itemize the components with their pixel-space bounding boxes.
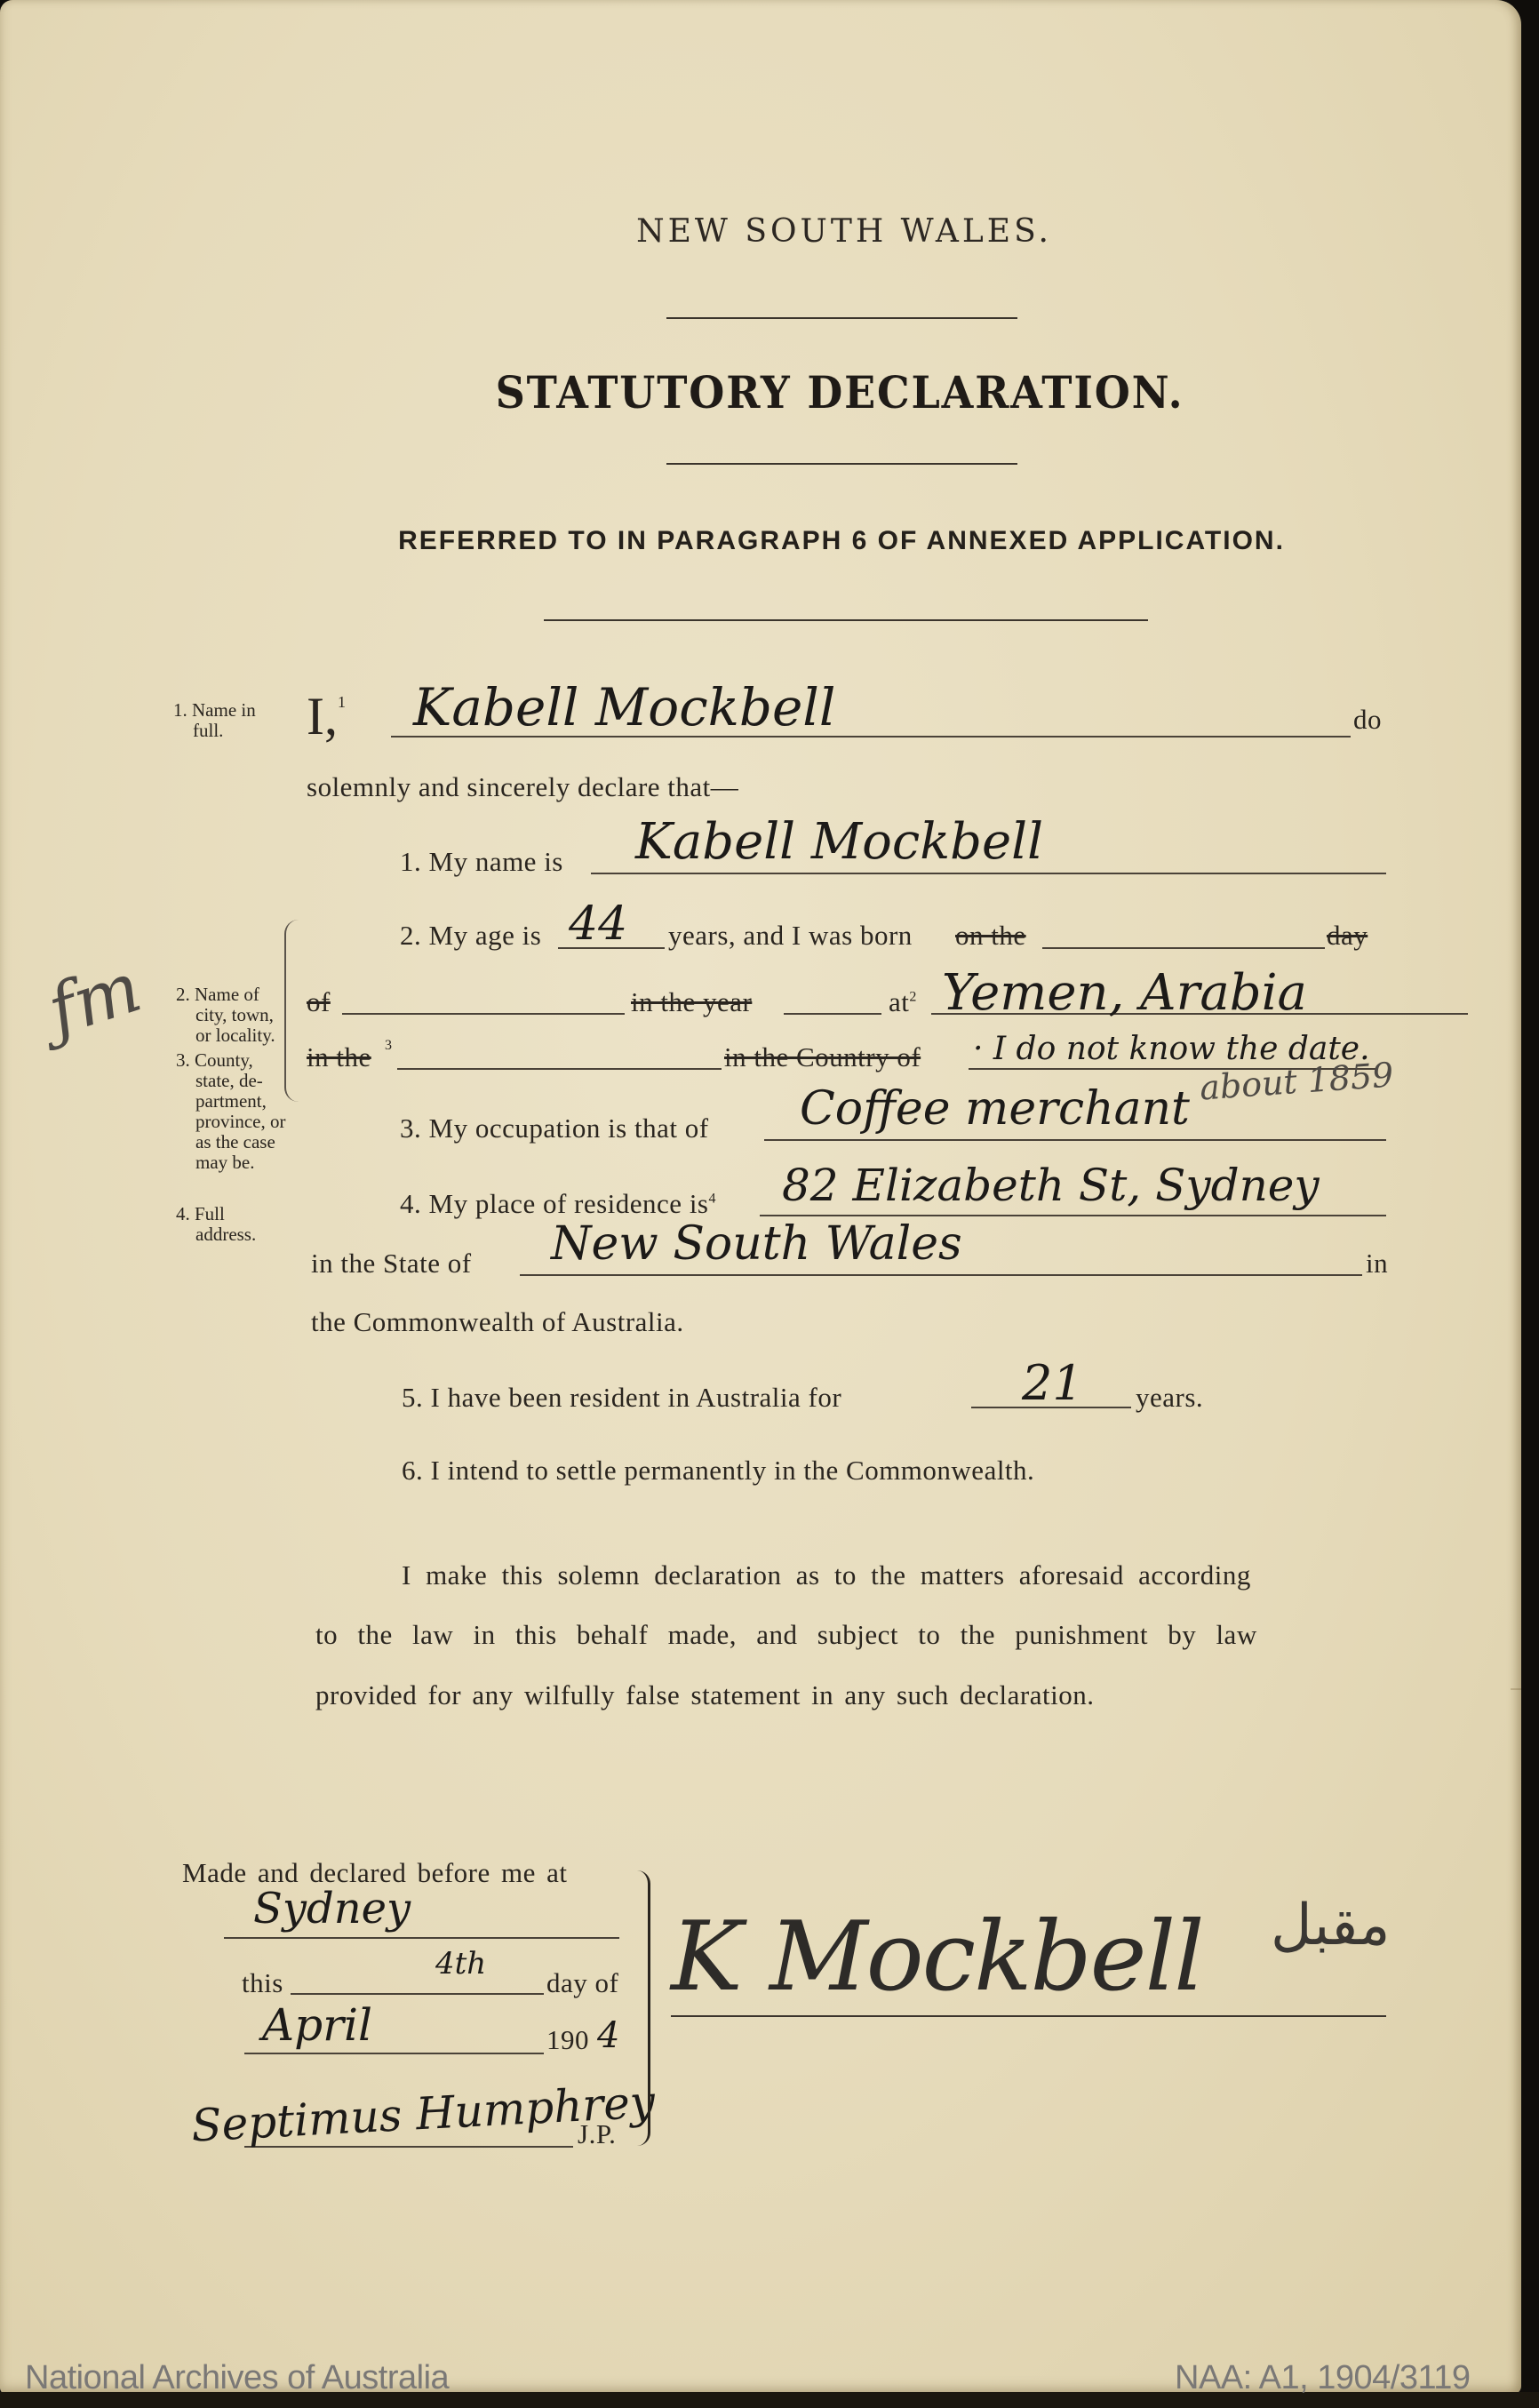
- residence-line: [760, 1215, 1386, 1216]
- solemn-paragraph-line-1: I make this solemn declaration as to the…: [402, 1559, 1251, 1591]
- commonwealth-text: the Commonwealth of Australia.: [311, 1306, 684, 1338]
- residence-field[interactable]: 82 Elizabeth St, Sydney: [782, 1160, 1320, 1211]
- margin-note-3: 3. County, state, de- partment, province…: [176, 1050, 285, 1173]
- state-in-label: in: [1366, 1248, 1388, 1280]
- declarant-signature: K Mockbell: [671, 1902, 1203, 2013]
- struck-in-the: in the: [307, 1041, 371, 1073]
- margin-note-1-line: 1. Name in: [173, 700, 256, 721]
- occupation-field[interactable]: Coffee merchant: [800, 1082, 1190, 1136]
- place-field[interactable]: Sydney: [253, 1884, 411, 1934]
- margin-note-2: 2. Name of city, town, or locality.: [176, 985, 275, 1046]
- state-label: in the State of: [311, 1248, 472, 1280]
- superscript-3: 3: [385, 1038, 392, 1054]
- birth-month-line: [342, 1013, 625, 1015]
- header-rule-1: [666, 317, 1017, 319]
- state-line: [520, 1274, 1362, 1276]
- i-label-text: I,: [307, 687, 338, 746]
- i-label: I,1: [307, 686, 346, 747]
- birthplace-field[interactable]: Yemen, Arabia: [942, 964, 1307, 1022]
- struck-in-the-text: in the: [307, 1041, 371, 1072]
- item4-label-text: 4. My place of residence is: [400, 1188, 709, 1219]
- state-heading: NEW SOUTH WALES.: [0, 213, 1539, 250]
- item5-label: 5. I have been resident in Australia for: [402, 1382, 841, 1414]
- margin-initials-mark: ƒm: [39, 947, 151, 1051]
- margin-brace: [284, 920, 299, 1102]
- struck-in-the-year: in the year: [631, 986, 752, 1018]
- item2-label: 2. My age is: [400, 920, 541, 952]
- item2-years-text: years, and I was born: [668, 920, 913, 952]
- at-label-text: at: [889, 986, 909, 1017]
- margin-note-line: as the case: [176, 1132, 285, 1152]
- attestation-brace: [637, 1870, 650, 2146]
- at-label: at2: [889, 986, 917, 1018]
- margin-note-4: 4. Full address.: [176, 1204, 256, 1245]
- solemn-paragraph-line-3: provided for any wilfully false statemen…: [315, 1679, 1094, 1711]
- margin-note-line: 2. Name of: [176, 985, 275, 1005]
- age-field[interactable]: 44: [569, 897, 627, 951]
- jp-label: J.P.: [578, 2118, 616, 2150]
- declarant-signature-line: [671, 2015, 1386, 2017]
- struck-day: day: [1327, 920, 1368, 952]
- superscript-2: 2: [909, 990, 917, 1005]
- declarant-arabic-signature: مقبل: [1271, 1893, 1390, 1958]
- do-label: do: [1353, 704, 1382, 736]
- item2-label-text: 2. My age is: [400, 920, 541, 951]
- margin-note-1-line: full.: [173, 721, 256, 741]
- header-rule-3: [544, 619, 1148, 621]
- day-of-label: day of: [546, 1967, 618, 1999]
- item5-years-label: years.: [1136, 1382, 1203, 1414]
- item1-name-field[interactable]: Kabell Mockbell: [635, 813, 1043, 871]
- occupation-line: [764, 1139, 1386, 1141]
- margin-note-line: partment,: [176, 1091, 285, 1112]
- item1-line: [591, 873, 1386, 874]
- year-suffix-field[interactable]: 4: [597, 2015, 619, 2056]
- item6-label: 6. I intend to settle permanently in the…: [402, 1455, 1034, 1487]
- item1-label: 1. My name is: [400, 846, 563, 878]
- this-label: this: [242, 1967, 283, 1999]
- year-prefix: 190: [546, 2024, 589, 2056]
- margin-note-line: city, town,: [176, 1005, 275, 1025]
- superscript-1: 1: [338, 693, 346, 711]
- state-field[interactable]: New South Wales: [551, 1217, 962, 1271]
- margin-note-line: or locality.: [176, 1025, 275, 1046]
- item3-label: 3. My occupation is that of: [400, 1112, 709, 1144]
- margin-note-line: 4. Full: [176, 1204, 256, 1224]
- margin-note-line: address.: [176, 1224, 256, 1245]
- margin-note-line: 3. County,: [176, 1050, 285, 1071]
- document-subtitle: REFERRED TO IN PARAGRAPH 6 OF ANNEXED AP…: [313, 526, 1370, 556]
- margin-note-line: may be.: [176, 1152, 285, 1173]
- place-line: [224, 1937, 619, 1939]
- header-rule-2: [666, 463, 1017, 465]
- margin-note-line: province, or: [176, 1112, 285, 1132]
- page-fold-mark: [1511, 1688, 1521, 1690]
- day-field[interactable]: 4th: [435, 1946, 486, 1981]
- margin-note-line: state, de-: [176, 1071, 285, 1091]
- county-line: [397, 1068, 722, 1070]
- residence-years-field[interactable]: 21: [1022, 1355, 1083, 1411]
- month-field[interactable]: April: [262, 1999, 372, 2051]
- footer-archive-name: National Archives of Australia: [25, 2359, 449, 2397]
- footer-reference: NAA: A1, 1904/3119: [1175, 2359, 1471, 2397]
- birth-day-line: [1042, 947, 1325, 949]
- birth-year-line: [784, 1013, 881, 1015]
- solemn-paragraph-line-2: to the law in this behalf made, and subj…: [315, 1619, 1257, 1651]
- month-line: [244, 2053, 544, 2054]
- struck-on-the: on the: [955, 920, 1026, 952]
- item4-label: 4. My place of residence is4: [400, 1188, 716, 1220]
- document-page: NEW SOUTH WALES. STATUTORY DECLARATION. …: [0, 0, 1521, 2395]
- day-line: [291, 1993, 544, 1995]
- superscript-4: 4: [709, 1192, 717, 1207]
- full-name-field[interactable]: Kabell Mockbell: [413, 677, 835, 738]
- struck-of: of: [307, 986, 331, 1018]
- solemnly-text: solemnly and sincerely declare that—: [307, 771, 738, 803]
- struck-in-the-country-of: in the Country of: [724, 1041, 921, 1073]
- document-title: STATUTORY DECLARATION.: [68, 366, 1539, 419]
- margin-note-1: 1. Name in full.: [173, 700, 256, 741]
